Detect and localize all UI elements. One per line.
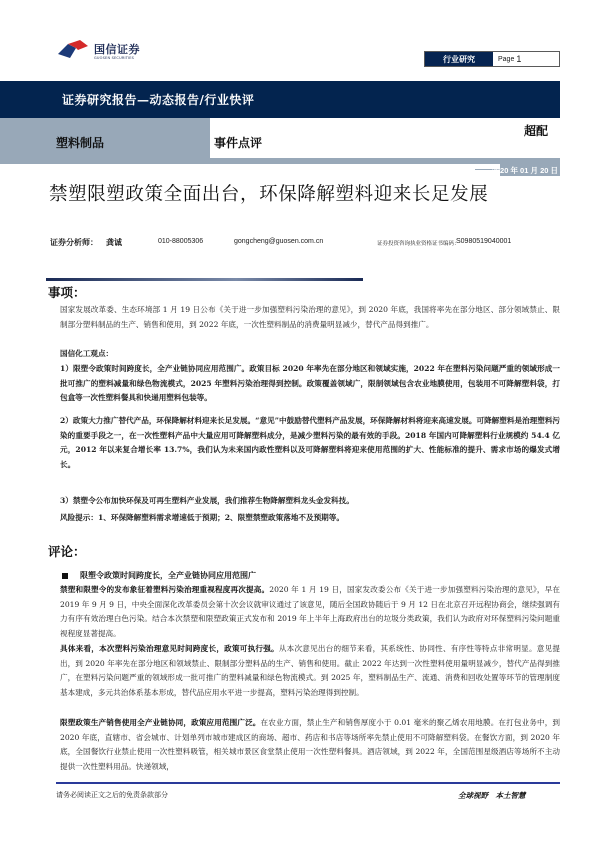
logo-icon	[58, 40, 92, 60]
logo-text-en: GUOSEN SECURITIES	[94, 56, 134, 60]
comment-paragraph-1: 禁塑和限塑令的发布象征着塑料污染治理重视程度再次提高。2020 年 1 月 19…	[60, 583, 560, 641]
comments-heading: 评论：	[48, 542, 86, 560]
report-type-band: 证券研究报告—动态报告/行业快评	[0, 81, 560, 118]
comment-3-lead: 限塑政策生产销售使用全产业链协同，政策应用范围广泛。	[60, 718, 261, 727]
report-date: 2020 年 01 月 20 日	[492, 165, 558, 176]
view-point-1: 1）限塑令政策时间跨度长，全产业链协同应用范围广。政策目标 2020 年率先在部…	[60, 362, 560, 406]
page-indicator: Page 1	[493, 52, 559, 66]
sector-label: 塑料制品	[56, 134, 104, 151]
page-number: 1	[516, 54, 521, 64]
events-intro: 国家发展改革委、生态环境部 1 月 19 日公布《关于进一步加强塑料污染治理的意…	[60, 303, 560, 332]
footer-slogan: 全球视野 本土智慧	[458, 790, 526, 801]
report-type: 证券研究报告—动态报告/行业快评	[62, 91, 254, 108]
page-tag: 行业研究 Page 1	[424, 51, 560, 67]
analyst-phone: 010-88005306	[158, 238, 203, 245]
analyst-email[interactable]: gongcheng@guosen.com.cn	[234, 238, 323, 245]
comment-paragraph-3: 限塑政策生产销售使用全产业链协同，政策应用范围广泛。在农业方面，禁止生产和销售厚…	[60, 716, 560, 774]
bullet-text: 限塑令政策时间跨度长，全产业链协同应用范围广	[80, 570, 256, 580]
section-divider	[46, 278, 363, 281]
page-label: Page	[498, 56, 514, 63]
comment-bullet: 限塑令政策时间跨度长，全产业链协同应用范围广	[62, 570, 256, 581]
view-label: 国信化工观点：	[60, 347, 560, 362]
company-logo: 国信证券 GUOSEN SECURITIES	[58, 40, 148, 62]
report-title: 禁塑限塑政策全面出台，环保降解塑料迎来长足发展	[49, 180, 488, 206]
cert-number: S0980519040001	[456, 238, 511, 245]
comment-1-lead: 禁塑和限塑令的发布象征着塑料污染治理重视程度再次提高。	[60, 585, 269, 594]
event-band	[210, 118, 560, 158]
analyst-label: 证券分析师：	[50, 237, 98, 248]
comment-2-lead: 具体来看，本次塑料污染治理意见时间跨度长，政策可执行强。	[60, 644, 279, 653]
event-label: 事件点评	[214, 134, 262, 151]
square-bullet-icon	[62, 573, 68, 579]
events-heading: 事项：	[48, 283, 86, 301]
cert-label: 证券投资咨询执业资格证书编码：	[377, 239, 460, 247]
logo-text-cn: 国信证券	[94, 41, 140, 57]
analyst-name: 龚诚	[106, 237, 122, 248]
risk-warning: 风险提示：1、环保降解塑料需求增速低于预期；2、限塑禁塑政策落地不及预期等。	[60, 511, 560, 526]
page-tag-category: 行业研究	[425, 52, 493, 66]
view-point-2: 2）政策大力推广替代产品，环保降解材料迎来长足发展。“意见”中鼓励替代塑料产品发…	[60, 414, 560, 472]
rating-label: 超配	[524, 122, 548, 139]
comment-paragraph-2: 具体来看，本次塑料污染治理意见时间跨度长，政策可执行强。从本次意见出台的细节来看…	[60, 642, 560, 700]
footer-divider	[56, 782, 560, 784]
view-point-3: 3）禁塑令公布加快环保及可再生塑料产业发展，我们推荐生物降解塑料龙头金发科技。	[60, 494, 560, 509]
disclaimer-note: 请务必阅读正文之后的免责条款部分	[56, 790, 168, 800]
